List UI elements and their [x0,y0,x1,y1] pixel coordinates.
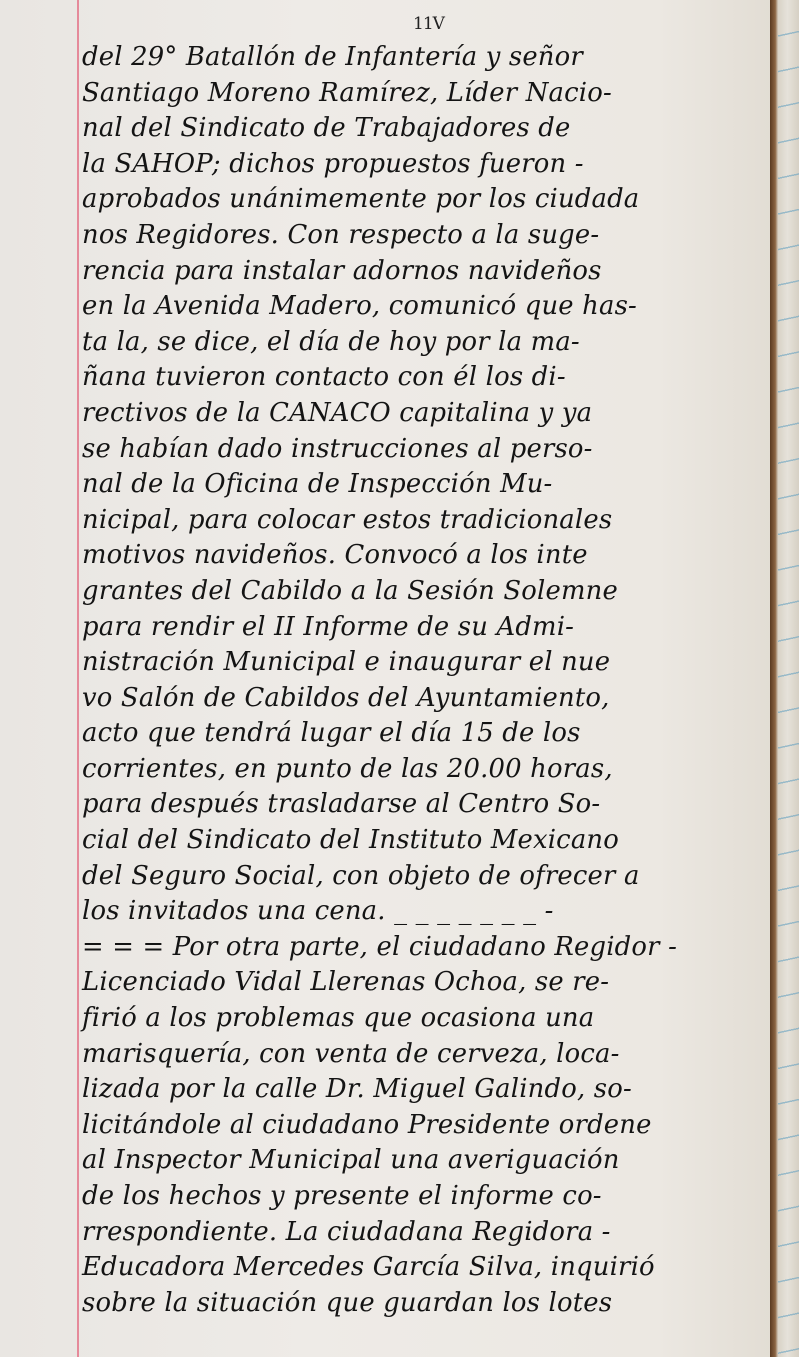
text-line: del Seguro Social, con objeto de ofrecer… [82,859,767,895]
text-line: acto que tendrá lugar el día 15 de los [82,716,767,752]
text-line: en la Avenida Madero, comunicó que has- [82,289,767,325]
margin-line [77,0,79,1357]
text-line: ta la, se dice, el día de hoy por la ma- [82,325,767,361]
text-line: nistración Municipal e inaugurar el nue [82,645,767,681]
text-line: rectivos de la CANACO capitalina y ya [82,396,767,432]
text-line: Santiago Moreno Ramírez, Líder Nacio- [82,76,767,112]
text-line: rencia para instalar adornos navideños [82,254,767,290]
text-line: para después trasladarse al Centro So- [82,787,767,823]
text-line: ñana tuvieron contacto con él los di- [82,360,767,396]
book-binding [770,0,799,1357]
text-line: nal del Sindicato de Trabajadores de [82,111,767,147]
text-line: firió a los problemas que ocasiona una [82,1001,767,1037]
text-line: Licenciado Vidal Llerenas Ochoa, se re- [82,965,767,1001]
text-line: lizada por la calle Dr. Miguel Galindo, … [82,1072,767,1108]
text-line: cial del Sindicato del Instituto Mexican… [82,823,767,859]
text-line: motivos navideños. Convocó a los inte [82,538,767,574]
text-line: nos Regidores. Con respecto a la suge- [82,218,767,254]
text-line: grantes del Cabildo a la Sesión Solemne [82,574,767,610]
text-line: marisquería, con venta de cerveza, loca- [82,1037,767,1073]
handwritten-text: del 29° Batallón de Infantería y señorSa… [82,40,772,1321]
text-line: Educadora Mercedes García Silva, inquiri… [82,1250,767,1286]
text-line: rrespondiente. La ciudadana Regidora - [82,1215,767,1251]
text-line: aprobados unánimemente por los ciudada [82,182,767,218]
text-line: del 29° Batallón de Infantería y señor [82,40,767,76]
text-line: = = = Por otra parte, el ciudadano Regid… [82,930,767,966]
text-line: se habían dado instrucciones al perso- [82,432,767,468]
text-line: nal de la Oficina de Inspección Mu- [82,467,767,503]
text-line: vo Salón de Cabildos del Ayuntamiento, [82,681,767,717]
text-line: nicipal, para colocar estos tradicionale… [82,503,767,539]
text-line: la SAHOP; dichos propuestos fueron - [82,147,767,183]
text-line: los invitados una cena. _ _ _ _ _ _ _ - [82,894,767,930]
text-line: licitándole al ciudadano Presidente orde… [82,1108,767,1144]
text-line: corrientes, en punto de las 20.00 horas, [82,752,767,788]
text-line: de los hechos y presente el informe co- [82,1179,767,1215]
text-line: al Inspector Municipal una averiguación [82,1143,767,1179]
next-page-edge [778,0,799,1357]
notebook-page: 11V del 29° Batallón de Infantería y señ… [0,0,772,1357]
text-line: sobre la situación que guardan los lotes [82,1286,767,1322]
text-line: para rendir el II Informe de su Admi- [82,610,767,646]
page-number: 11V [413,14,444,34]
